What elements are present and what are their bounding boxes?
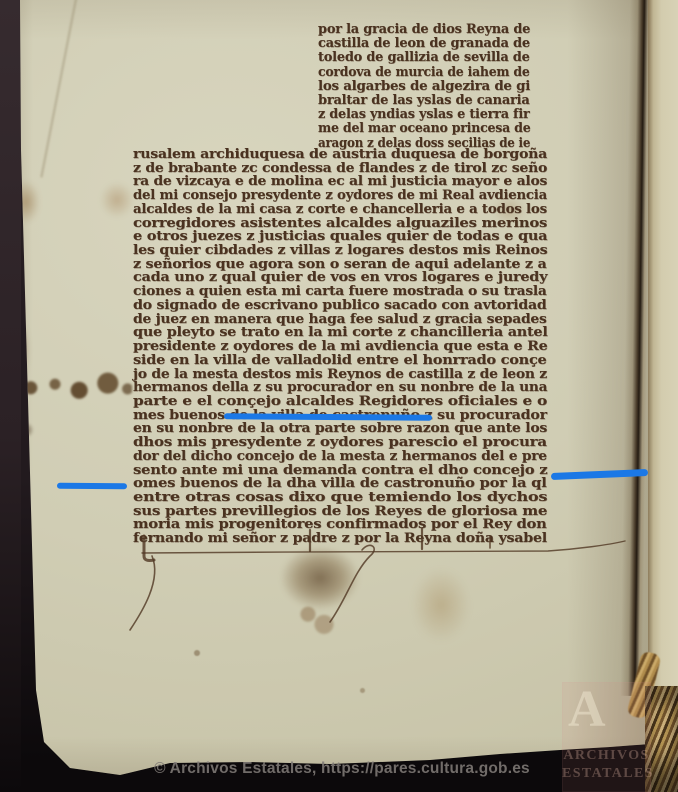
manuscript-line: toledo de gallizia de sevilla de [318,51,530,65]
manuscript-line: z señorios que agora son o seran de aqui… [133,257,546,271]
manuscript-line: ciones a quien esta mi carta fuere mostr… [133,284,547,298]
manuscript-line: en su nonbre de la otra parte sobre razo… [133,421,547,435]
archivos-estatales-stamp: A ARCHIVOS ESTATALES [562,682,651,792]
parchment-page: por la gracia de dios Reyna decastilla d… [0,0,660,792]
manuscript-line: sus partes previllegios de los Reyes de … [133,504,547,518]
manuscript-line: los algarbes de algezira de gi [318,80,530,94]
manuscript-line: hermanos della z su procurador en su non… [133,380,547,394]
manuscript-line: me del mar oceano princesa de [318,122,530,136]
pen-flourishes [128,528,630,640]
manuscript-line: omes buenos de la dha villa de castronuñ… [133,476,547,490]
manuscript-line: que pleyto se trato en la mi corte z cha… [133,325,548,339]
manuscript-scan: por la gracia de dios Reyna decastilla d… [0,0,678,792]
manuscript-line: de juez en manera que haga fee salud z g… [133,312,547,326]
manuscript-line: castilla de leon de granada de [318,37,530,51]
manuscript-line: do signado de escrivano publico sacado c… [133,298,546,312]
manuscript-line: dhos mis presydente z oydores parescio e… [133,435,547,449]
manuscript-line: presidente z oydores de la mi avdiencia … [133,339,548,353]
manuscript-line: rusalem archiduquesa de austria duquesa … [133,147,547,161]
stamp-text-line: ESTATALES [562,766,651,782]
manuscript-line: corregidores asistentes alcaldes alguazi… [133,216,547,230]
manuscript-line: les quier cibdades z villas z logares de… [133,243,547,257]
manuscript-line: del mi consejo presydente z oydores de m… [133,188,547,202]
manuscript-line: cada uno z qual quier de vos en vros log… [133,270,547,284]
manuscript-line: por la gracia de dios Reyna de [318,23,530,37]
manuscript-line: z de brabante zc condessa de flandes z d… [133,161,547,175]
stamp-text-line: ARCHIVOS [562,748,651,764]
manuscript-line: sento ante mi una demanda contra el dho … [133,463,547,477]
manuscript-text-block-main: rusalem archiduquesa de austria duquesa … [133,147,547,545]
manuscript-line: jo de la mesta destos mis Reynos de cast… [133,367,547,381]
manuscript-line: entre otras cosas dixo que temiendo los … [133,490,547,504]
photo-background-left-edge [0,0,21,792]
manuscript-line: dor del dicho concejo de la mesta z herm… [133,449,547,463]
manuscript-line: ra de vizcaya e de molina ec al mi justi… [133,174,547,188]
archives-logo-monogram: A [568,682,606,738]
manuscript-line: z delas yndias yslas e tierra fir [318,108,530,122]
manuscript-line: alcaldes de la mi casa z corte e chancel… [133,202,547,216]
manuscript-line: braltar de las yslas de canaria [318,94,530,108]
manuscript-line: e otros juezes z justicias quales quier … [133,229,547,243]
manuscript-line: cordova de murcia de iahem de [318,66,530,80]
manuscript-line: parte e el conçejo alcaldes Regidores of… [133,394,547,408]
manuscript-line: side en la villa de valladolid entre el … [133,353,547,367]
facing-page-edge [648,0,678,692]
blue-mark-left-margin [57,483,127,490]
copyright-watermark: © Archivos Estatales, https://pares.cult… [112,760,572,778]
manuscript-text-block-top: por la gracia de dios Reyna decastilla d… [318,23,530,151]
